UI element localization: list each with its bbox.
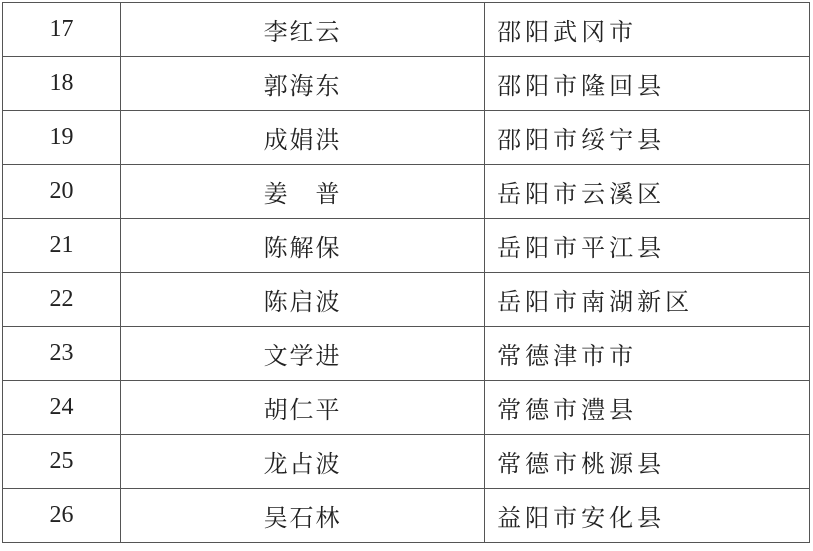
table-row: 18 郭海东 邵阳市隆回县 <box>3 57 810 111</box>
person-name: 文学进 <box>120 327 484 381</box>
row-number: 19 <box>3 111 121 165</box>
row-number: 24 <box>3 381 121 435</box>
row-number: 25 <box>3 435 121 489</box>
row-number: 18 <box>3 57 121 111</box>
table-row: 20 姜 普 岳阳市云溪区 <box>3 165 810 219</box>
person-name: 郭海东 <box>120 57 484 111</box>
region: 常德市澧县 <box>485 381 810 435</box>
person-name: 姜 普 <box>120 165 484 219</box>
person-name: 胡仁平 <box>120 381 484 435</box>
row-number: 17 <box>3 3 121 57</box>
table-row: 22 陈启波 岳阳市南湖新区 <box>3 273 810 327</box>
table-row: 24 胡仁平 常德市澧县 <box>3 381 810 435</box>
region: 邵阳市隆回县 <box>485 57 810 111</box>
region: 常德津市市 <box>485 327 810 381</box>
region: 岳阳市平江县 <box>485 219 810 273</box>
table-row: 21 陈解保 岳阳市平江县 <box>3 219 810 273</box>
table-row: 23 文学进 常德津市市 <box>3 327 810 381</box>
region: 岳阳市南湖新区 <box>485 273 810 327</box>
region: 益阳市安化县 <box>485 489 810 543</box>
region: 常德市桃源县 <box>485 435 810 489</box>
table-row: 26 吴石林 益阳市安化县 <box>3 489 810 543</box>
person-name: 陈解保 <box>120 219 484 273</box>
row-number: 26 <box>3 489 121 543</box>
table-row: 17 李红云 邵阳武冈市 <box>3 3 810 57</box>
table-row: 25 龙占波 常德市桃源县 <box>3 435 810 489</box>
region: 邵阳市绥宁县 <box>485 111 810 165</box>
person-name: 吴石林 <box>120 489 484 543</box>
table-row: 19 成娟洪 邵阳市绥宁县 <box>3 111 810 165</box>
person-name: 陈启波 <box>120 273 484 327</box>
person-name: 成娟洪 <box>120 111 484 165</box>
person-name: 李红云 <box>120 3 484 57</box>
personnel-table: 17 李红云 邵阳武冈市 18 郭海东 邵阳市隆回县 19 成娟洪 邵阳市绥宁县… <box>2 2 810 543</box>
person-name: 龙占波 <box>120 435 484 489</box>
row-number: 22 <box>3 273 121 327</box>
row-number: 21 <box>3 219 121 273</box>
row-number: 23 <box>3 327 121 381</box>
region: 邵阳武冈市 <box>485 3 810 57</box>
region: 岳阳市云溪区 <box>485 165 810 219</box>
row-number: 20 <box>3 165 121 219</box>
